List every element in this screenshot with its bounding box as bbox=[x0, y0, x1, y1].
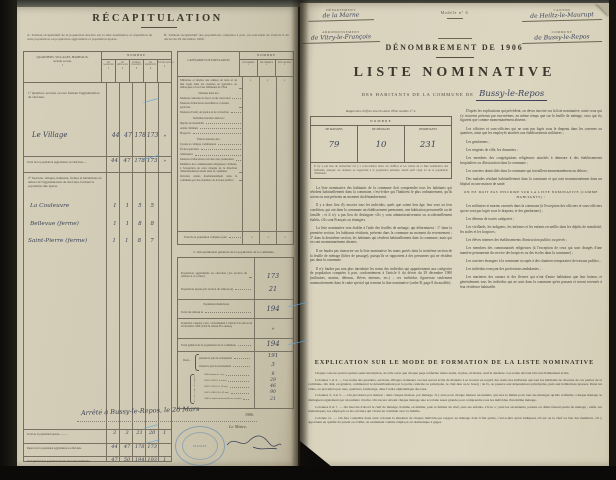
row-label: Maisons d'éducation surveillée et coloni… bbox=[180, 102, 237, 109]
rappel-col-menages: DE MÉNAGES bbox=[357, 126, 404, 136]
dotted-leader bbox=[238, 345, 251, 346]
cell-value: 46 bbox=[254, 384, 292, 389]
cell-value: 5 bbox=[134, 203, 146, 209]
paragraph: Les élèves internes des établissements d… bbox=[460, 238, 602, 243]
printed-year: 1906. bbox=[245, 412, 254, 417]
table-row-hamlet: La Couleuvre 1 1 5 5 bbox=[24, 203, 171, 209]
table-a-col-header: DE PRÉSENTS4 bbox=[143, 60, 157, 82]
table-b-row-congregations: Membres des communautés religieuses cloî… bbox=[178, 163, 293, 174]
paragraph: Des malades résidant habituellement dans… bbox=[460, 177, 602, 186]
cell-value: 47 bbox=[108, 457, 121, 463]
dotted-leader bbox=[195, 155, 241, 156]
hamlet-name: La Couleuvre bbox=[24, 203, 109, 209]
dotted-leader bbox=[228, 381, 249, 382]
row-label: Population agglomérée au chef-lieu (1re … bbox=[181, 272, 252, 279]
paragraph: Les ouvriers étrangers à la commune occu… bbox=[460, 259, 602, 264]
paragraph: Les membres des communautés religieuses … bbox=[460, 246, 602, 255]
age-row: 1846 et antérieurement (60 ans et plus) bbox=[204, 398, 250, 401]
row-rule bbox=[178, 351, 293, 352]
paragraph: Les individus exerçant des professions a… bbox=[460, 267, 602, 272]
cell-value: 8 bbox=[134, 221, 146, 227]
table-a-col-header: D'ÉTRANGERS5 bbox=[157, 60, 171, 82]
cell-value: 194 bbox=[254, 340, 292, 348]
cell-value: 178 bbox=[134, 132, 146, 139]
rappel-box: NOMBRE DE MAISONS DE MÉNAGES D'HABITANTS… bbox=[310, 116, 452, 179]
book-gutter-shadow bbox=[291, 0, 309, 470]
commune-name-handwritten: Bussy-le-Repos bbox=[476, 89, 547, 101]
row-label: Total général de la population inscrite … bbox=[24, 459, 108, 463]
right-column: D'après les explications qui précèdent, … bbox=[460, 109, 602, 293]
label-text: 1906 (moins de 1 an) bbox=[204, 374, 224, 377]
cell-value: 1 bbox=[158, 457, 171, 463]
table-b-row: Dépôts de mendicité bbox=[178, 122, 293, 126]
cell-value: 1 bbox=[158, 430, 171, 436]
page-left-recapitulation: RÉCAPITULATION A. Tableau récapitulatif … bbox=[17, 7, 298, 466]
hamlet-name: Le Village bbox=[24, 131, 110, 139]
row-rule bbox=[178, 338, 293, 339]
dotted-leader bbox=[239, 107, 241, 108]
table-b-row: Hospices bbox=[178, 132, 293, 136]
cell-value: 1 bbox=[121, 203, 133, 209]
table-row-total-general: Total général de la population inscrite … bbox=[24, 457, 171, 463]
column-rule bbox=[145, 83, 146, 461]
dotted-leader bbox=[231, 112, 241, 113]
table-a-population: QUARTIERS, VILLAGES, HAMEAUX, sections o… bbox=[23, 51, 172, 462]
cell-value: 193 bbox=[146, 457, 159, 463]
dont-label: Dont... bbox=[183, 358, 191, 362]
cell-value: » bbox=[159, 133, 171, 139]
row-label: Lycées et collèges communaux bbox=[180, 143, 216, 147]
col-num: 4 bbox=[144, 68, 157, 71]
row-label: Écoles spéciales bbox=[180, 148, 199, 152]
table-b-row-ouvriers: Ouvriers réunis momentanément dans la co… bbox=[178, 175, 293, 182]
cell-value: 3 bbox=[108, 430, 121, 436]
col-num: 2 bbox=[258, 64, 275, 67]
table-row-report: Report de la population agglomérée au ch… bbox=[24, 444, 171, 450]
table-b-row: Séminaires bbox=[178, 153, 293, 157]
cell-value: 3 bbox=[254, 362, 292, 368]
table-row-total-agglomeree: Total de la population agglomérée au che… bbox=[24, 158, 171, 164]
dotted-leader bbox=[239, 172, 241, 173]
paragraph: Les vieillards, les indigents, les infir… bbox=[460, 225, 602, 234]
table-b-group-detenus: Détenus dans les : bbox=[178, 92, 240, 96]
column-rule bbox=[158, 83, 159, 461]
cell-value: 8 bbox=[254, 372, 292, 377]
le-maire-label: Le Maire, bbox=[229, 424, 247, 429]
table-b-col-header: D'HOMMES1 bbox=[240, 60, 257, 76]
cell-value: 47 bbox=[122, 132, 134, 139]
paragraph: Les mariniers des canaux et des fleuves … bbox=[460, 275, 602, 289]
instructions-left: La liste nominative des habitants de la … bbox=[310, 186, 452, 286]
table-b-total-row: Total de la population comptée à part » … bbox=[178, 234, 293, 241]
table-a-col-header: DE MÉNAGES2 bbox=[115, 60, 129, 82]
cell-value: 7 bbox=[146, 238, 159, 244]
cell-value: 1 bbox=[108, 238, 121, 244]
row-label: Dépôts de mendicité bbox=[180, 122, 204, 126]
table-b-group-eleves: Élèves internes des : bbox=[178, 138, 240, 142]
cell-value: 20 bbox=[146, 430, 159, 436]
label-text: Population agglomérée au chef-lieu (1re … bbox=[181, 272, 247, 279]
cell-value: » bbox=[244, 236, 260, 240]
table-a-col-header: D'INDIV. INSCRITS3 bbox=[129, 60, 143, 82]
table-a-header: QUARTIERS, VILLAGES, HAMEAUX, sections o… bbox=[24, 52, 171, 83]
cell-value: 173 bbox=[146, 132, 158, 139]
col-label: D'INDIV. INSCRITS bbox=[131, 62, 141, 67]
row-label: Militaires et marins des armées de terre… bbox=[180, 79, 237, 90]
col-label: DE FEMMES bbox=[260, 62, 273, 64]
row-rule bbox=[178, 318, 293, 319]
row-label: Hospices bbox=[180, 132, 191, 136]
dotted-leader bbox=[201, 149, 241, 150]
age-row: 1887 à 1901 (5 à 19 ans) bbox=[204, 386, 250, 389]
dotted-leader bbox=[243, 399, 249, 400]
column-rule bbox=[132, 83, 133, 461]
row-label: Maisons d'éducation et écoles avec pensi… bbox=[180, 158, 234, 162]
scanner-bed-left-edge bbox=[0, 0, 17, 480]
paragraph: Il y a donc lieu d'y inscrire tous les i… bbox=[310, 203, 452, 222]
label-text: absente le jour du recensement bbox=[199, 365, 231, 368]
paragraph: Colonne 11. — On fera connaître dans cet… bbox=[308, 416, 602, 425]
col-num: 2 bbox=[116, 68, 129, 71]
table-b-header: CATÉGORIES DE POPULATION bbox=[178, 52, 240, 76]
cell-value: 44 bbox=[108, 158, 121, 164]
cell-value: 173 bbox=[254, 272, 292, 280]
column-rule bbox=[106, 83, 107, 461]
rappel-value-habitants: 231 bbox=[404, 136, 451, 162]
cell-value: » bbox=[254, 326, 292, 332]
col-label: D'HOMMES bbox=[242, 62, 254, 64]
rappel-col-habitants: D'HABITANTS bbox=[404, 126, 451, 136]
paragraph: La liste nominative sera établie à l'aid… bbox=[310, 226, 452, 245]
table-b-col-header: DE FEMMES2 bbox=[257, 60, 275, 76]
table-a-nombre-label: NOMBRE bbox=[102, 52, 171, 60]
rappel-caption: Rappel des chiffres inscrits dans l'État… bbox=[310, 109, 452, 113]
rappel-col-maisons: DE MAISONS bbox=[311, 126, 357, 136]
dotted-leader bbox=[200, 128, 241, 129]
cell-value: 194 bbox=[133, 457, 146, 463]
scanned-census-register-photo: RÉCAPITULATION A. Tableau récapitulatif … bbox=[0, 0, 616, 480]
ornament-rule bbox=[436, 57, 474, 58]
scanner-bed-bottom-edge bbox=[0, 466, 616, 480]
label-text: Population éparse (2e section du tableau… bbox=[181, 288, 233, 291]
brace bbox=[195, 354, 199, 371]
dotted-leader bbox=[233, 366, 250, 367]
cell-value: 178 bbox=[133, 444, 146, 450]
cell-value: 44 bbox=[108, 444, 121, 450]
denombrement-title: DÉNOMBREMENT DE 1906 bbox=[300, 43, 609, 52]
dotted-leader bbox=[218, 144, 241, 145]
paragraph: Les officiers et sous-officiers qui ne s… bbox=[460, 127, 602, 136]
paragraph: La liste nominative des habitants de la … bbox=[310, 186, 452, 200]
canton-block: CANTON de Heiltz-le-Maurupt bbox=[522, 8, 602, 21]
row-label: Séminaires bbox=[180, 153, 193, 157]
note-a: A. Tableau récapitulatif de la populatio… bbox=[27, 33, 152, 42]
col-label: ÉTRANGERS bbox=[278, 62, 292, 64]
cell-value: 44 bbox=[110, 132, 122, 139]
cell-value: 47 bbox=[121, 158, 134, 164]
cell-value: » bbox=[242, 79, 259, 90]
paragraph: Colonnes 1 et 2. — Les noms des quartier… bbox=[308, 378, 602, 392]
ornament-rule bbox=[438, 38, 472, 39]
mairie-stamp: MAIRIE bbox=[175, 426, 225, 466]
dotted-leader bbox=[239, 88, 241, 89]
maire-signature bbox=[223, 431, 283, 453]
table-a-section2-label: 2° Sections, villages, hameaux, fermes e… bbox=[28, 176, 102, 188]
label-text: 1902 à 1905 (1 à 4 ans) bbox=[204, 380, 226, 383]
row-label: absente le jour du recensement bbox=[199, 365, 251, 368]
paragraph: Les détenus de toutes catégories ; bbox=[460, 217, 602, 222]
dotted-leader bbox=[235, 289, 251, 290]
dotted-leader bbox=[230, 387, 249, 388]
cell-value: 21 bbox=[254, 285, 292, 293]
row-label: Total général de la population de la com… bbox=[181, 344, 252, 347]
hamlet-name: Saint-Pierre (ferme) bbox=[24, 238, 108, 244]
table-b-row: Maisons d'éducation surveillée et coloni… bbox=[178, 102, 293, 109]
row-label: présente le jour du recensement bbox=[199, 357, 251, 360]
col-label: DE MAISONS bbox=[103, 62, 113, 67]
subtitle-label: DES HABITANTS DE LA COMMUNE DE bbox=[362, 92, 474, 97]
table-b-row: Maisons d'éducation et écoles avec pensi… bbox=[178, 158, 293, 162]
canton-value-handwritten: de Heiltz-le-Maurupt bbox=[522, 11, 602, 22]
label-text: Total général de la population de la com… bbox=[181, 344, 236, 347]
label-text: 1846 et antérieurement (60 ans et plus) bbox=[204, 398, 241, 401]
table-row-hamlet: Saint-Pierre (ferme) 1 1 8 7 bbox=[24, 238, 171, 244]
rappel-value-maisons: 79 bbox=[311, 136, 357, 162]
dotted-leader bbox=[231, 393, 249, 394]
paragraph: Colonnes 3, 4 et 5. — On procédera par m… bbox=[308, 393, 602, 402]
age-row: 1902 à 1905 (1 à 4 ans) bbox=[204, 380, 250, 383]
col-num: 1 bbox=[240, 64, 257, 67]
row-label: Total de la population agglomérée au che… bbox=[24, 160, 108, 165]
age-row: 1906 (moins de 1 an) bbox=[204, 374, 250, 377]
cell-value: 1 bbox=[120, 238, 133, 244]
modele-rule bbox=[447, 18, 463, 19]
do-not-register-heading: ON NE DOIT PAS INSCRIRE SUR LA LISTE NOM… bbox=[460, 190, 602, 199]
cell-value: » bbox=[158, 159, 171, 164]
commune-block: COMMUNE de Bussy-le-Repos bbox=[522, 30, 602, 43]
cell-value: 173 bbox=[146, 444, 159, 450]
table-b-group-internes: Individus internés dans les : bbox=[178, 117, 240, 121]
cell-value: 21 bbox=[133, 430, 146, 436]
explication-title: EXPLICATION SUR LE MODE DE FORMATION DE … bbox=[300, 359, 609, 366]
dotted-leader bbox=[226, 375, 249, 376]
page-right-liste-nominative: DÉPARTEMENT de la Marne ARRONDISSEMENT d… bbox=[300, 3, 609, 467]
table-b-row: Maisons d'arrêt, de justice et de correc… bbox=[178, 111, 293, 115]
paragraph: D'après les explications qui précèdent, … bbox=[460, 109, 602, 123]
label-text: 1847 à 1886 (20 à 59 ans) bbox=[204, 392, 229, 395]
row-label: Maisons d'arrêt, de justice et de correc… bbox=[180, 111, 229, 115]
dotted-leader bbox=[234, 358, 250, 359]
cell-value: 3 bbox=[121, 430, 134, 436]
cell-value: 8 bbox=[146, 221, 158, 227]
row-rule bbox=[178, 299, 293, 300]
dotted-leader bbox=[205, 312, 251, 313]
row-label: Total de la population comptée à part bbox=[184, 236, 227, 240]
table-b-row-militaires: Militaires et marins des armées de terre… bbox=[178, 79, 293, 90]
paragraph: Chaque case ne portera qu'une seule insc… bbox=[308, 371, 602, 376]
table-row-total-eparse: Total de la population éparse...........… bbox=[24, 430, 171, 436]
row-label: Ouvriers réunis momentanément dans la co… bbox=[180, 175, 237, 182]
dotted-leader bbox=[239, 180, 241, 181]
table-row-hamlet: Bellevue (ferme) 1 1 8 8 bbox=[24, 221, 171, 227]
paragraph: Colonnes 6 et 7. — On inscrira d'abord l… bbox=[308, 405, 602, 414]
paragraph: Les sergents de ville, les douaniers ; bbox=[460, 148, 602, 153]
ages-side-label: nés au cours des années bbox=[194, 374, 196, 402]
rappel-value-menages: 10 bbox=[357, 136, 404, 162]
col-label: D'ÉTRANGERS bbox=[158, 62, 174, 64]
col-num: 5 bbox=[158, 66, 171, 69]
dotted-leader bbox=[236, 160, 241, 161]
row-label: Total du tableau A bbox=[181, 311, 252, 314]
brace bbox=[190, 374, 194, 404]
row-rule bbox=[24, 172, 171, 173]
column-rule bbox=[119, 83, 120, 461]
cell-value: 191 bbox=[254, 353, 292, 359]
row-label: Population éparse (2e section du tableau… bbox=[181, 288, 252, 291]
table-b-comptee-a-part: CATÉGORIES DE POPULATION NOMBRE D'HOMMES… bbox=[177, 51, 294, 245]
row-label: Population municipale. bbox=[181, 303, 252, 306]
row-rule bbox=[178, 231, 293, 232]
paragraph: Les militaires et marins casernés dans l… bbox=[460, 204, 602, 213]
label-text: présente le jour du recensement bbox=[199, 357, 232, 360]
row-label: Population comptée à part, conformément … bbox=[181, 322, 252, 329]
label-text: Total du tableau A bbox=[181, 311, 203, 314]
col-label: DE PRÉSENTS bbox=[145, 62, 156, 67]
dotted-leader bbox=[232, 98, 241, 99]
table-a-header-colnum: 1 bbox=[24, 64, 101, 68]
cell-value: 29 bbox=[254, 378, 292, 383]
cell-value: 1 bbox=[109, 203, 121, 209]
rappel-nombre-label: NOMBRE bbox=[311, 117, 451, 126]
paragraph: Les membres des congrégations religieuse… bbox=[460, 156, 602, 165]
cell-value: 5 bbox=[146, 203, 158, 209]
table-b-row: Asiles d'aliénés bbox=[178, 127, 293, 131]
cell-value: 47 bbox=[121, 444, 134, 450]
table-c-recapitulation-generale: Population agglomérée au chef-lieu (1re … bbox=[177, 257, 294, 409]
left-column: Rappel des chiffres inscrits dans l'État… bbox=[310, 109, 452, 289]
row-label: Maisons centrales de force ou de correct… bbox=[180, 97, 230, 101]
subtitle-row: DES HABITANTS DE LA COMMUNE DE Bussy-le-… bbox=[300, 89, 609, 99]
note-b: B. Tableau récapitulatif des populations… bbox=[164, 33, 289, 42]
cell-value: 173 bbox=[146, 158, 159, 164]
table-row-village: Le Village 44 47 178 173 » bbox=[24, 131, 171, 139]
table-a-col-header: DE MAISONS1 bbox=[102, 60, 115, 82]
col-num: 3 bbox=[130, 68, 143, 71]
paragraph: Les ouvriers domiciliés dans la commune … bbox=[460, 169, 602, 174]
row-label: Total de la population éparse...........… bbox=[24, 432, 108, 436]
paragraph: Il ne faudra pas transcrire sur la liste… bbox=[310, 249, 452, 263]
cell-value: 90 bbox=[254, 390, 292, 395]
cell-value: 1 bbox=[109, 221, 121, 227]
paragraph: Il n'y faudra pas non plus introduire le… bbox=[310, 267, 452, 286]
table-b-row: Lycées et collèges communaux bbox=[178, 143, 293, 147]
dotted-leader bbox=[206, 123, 241, 124]
table-a-section1-label: 1° Quartiers, sections ou rues formant l… bbox=[28, 91, 102, 99]
liste-nominative-title: LISTE NOMINATIVE bbox=[300, 65, 609, 81]
cell-value: 8 bbox=[133, 238, 146, 244]
cell-value: 1 bbox=[121, 221, 133, 227]
rappel-footnote: Il n'y a pas lieu de rechercher s'il y a… bbox=[311, 162, 451, 178]
dotted-leader bbox=[249, 277, 251, 278]
cell-value: 50 bbox=[121, 457, 134, 463]
scanner-bed-right-edge bbox=[609, 0, 616, 480]
mairie-stamp-text: MAIRIE bbox=[182, 432, 218, 460]
paragraph: Les gendarmes ; bbox=[460, 140, 602, 145]
col-num: 1 bbox=[102, 68, 115, 71]
row-label: Asiles d'aliénés bbox=[180, 127, 198, 131]
explication-paragraphs: Chaque case ne portera qu'une seule insc… bbox=[308, 371, 602, 427]
arrondissement-block: ARRONDISSEMENT de Vitry-le-François bbox=[302, 30, 380, 43]
label-text: 1887 à 1901 (5 à 19 ans) bbox=[204, 386, 228, 389]
dotted-leader bbox=[193, 133, 241, 134]
hamlet-name: Bellevue (ferme) bbox=[24, 221, 109, 227]
row-label: Membres des communautés religieuses cloî… bbox=[180, 163, 237, 174]
cell-value: » bbox=[259, 79, 276, 90]
intro-notes: A. Tableau récapitulatif de la populatio… bbox=[27, 33, 289, 42]
dotted-leader bbox=[229, 237, 243, 238]
table-a-label-header: QUARTIERS, VILLAGES, HAMEAUX, sections o… bbox=[24, 52, 102, 82]
table-b-row: Maisons centrales de force ou de correct… bbox=[178, 97, 293, 101]
col-label: DE MÉNAGES bbox=[117, 62, 128, 67]
page-title-recapitulation: RÉCAPITULATION bbox=[17, 13, 298, 24]
age-row: 1847 à 1886 (20 à 59 ans) bbox=[204, 392, 250, 395]
row-label: Report de la population agglomérée au ch… bbox=[24, 446, 108, 450]
table-b-nombre-label: NOMBRE bbox=[240, 52, 293, 60]
table-b-row: Écoles spéciales bbox=[178, 148, 293, 152]
cell-value: » bbox=[260, 236, 276, 240]
cell-value: 194 bbox=[254, 305, 292, 313]
cell-value: 21 bbox=[254, 397, 292, 402]
title-rule bbox=[141, 27, 177, 28]
table-c-title: C. Récapitulation générale de la populat… bbox=[173, 250, 295, 254]
